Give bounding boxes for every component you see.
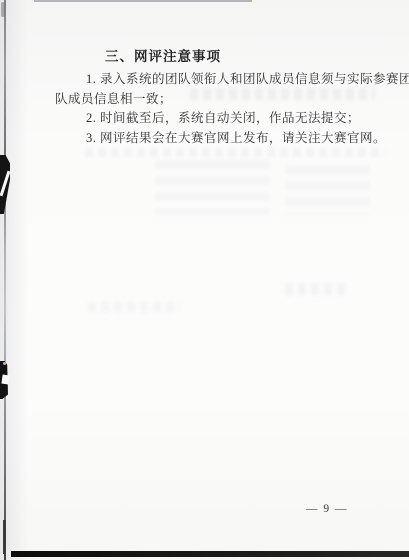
lower-clip-speck-artifact (3, 362, 6, 365)
bleed-through-text-artifact (155, 160, 270, 215)
lower-clip-notch-artifact (1, 375, 9, 385)
bleed-through-text-artifact (85, 148, 385, 157)
list-item-3: 3. 网评结果会在大赛官网上发布，请关注大赛官网。 (86, 131, 386, 145)
section-heading: 三、网评注意事项 (105, 50, 221, 64)
binding-spine-line-artifact (4, 0, 6, 560)
top-scan-edge-artifact (34, 0, 252, 2)
scanned-document-page: 三、网评注意事项 1. 录入系统的团队领衔人和团队成员信息须与实际参赛团 队成员… (0, 0, 409, 560)
list-item-1-line-1: 1. 录入系统的团队领衔人和团队成员信息须与实际参赛团 (86, 72, 409, 86)
bottom-spine-shadow-artifact (3, 520, 6, 554)
page-number: — 9 — (306, 503, 348, 515)
list-item-1-line-2: 队成员信息相一致； (55, 92, 172, 106)
top-left-mark-artifact (1, 2, 5, 17)
list-item-2: 2. 时间截至后，系统自动关闭，作品无法提交； (86, 111, 360, 125)
bleed-through-text-artifact (285, 165, 370, 215)
bleed-through-text-artifact (88, 302, 180, 312)
bottom-scan-edge-artifact (11, 551, 409, 557)
bleed-through-text-artifact (190, 88, 375, 100)
bleed-through-text-artifact (285, 283, 347, 295)
